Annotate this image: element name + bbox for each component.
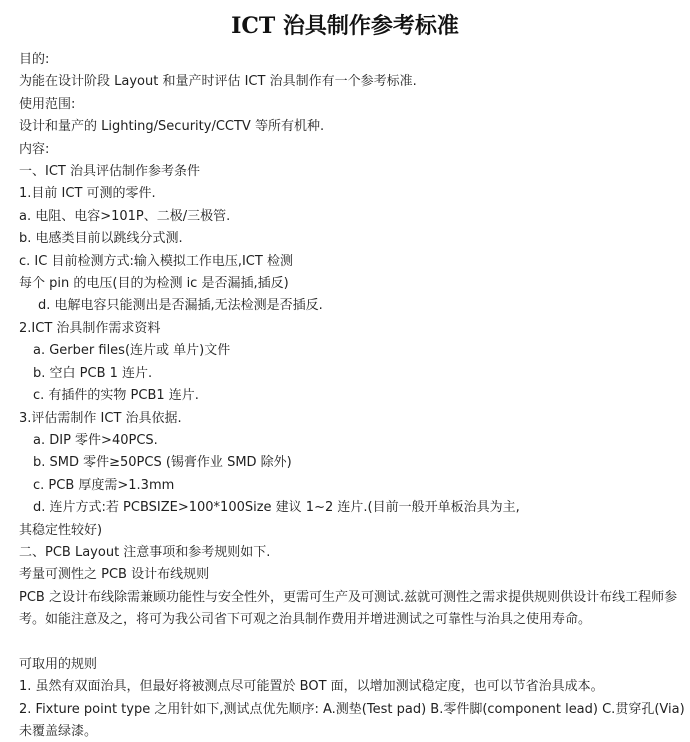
text-line: c. 有插件的实物 PCB1 连片.	[19, 385, 688, 407]
text-line: 二、PCB Layout 注意事项和参考规则如下.	[19, 542, 688, 564]
text-line: c. PCB 厚度需>1.3mm	[19, 475, 688, 497]
text-line: 可取用的规则	[19, 654, 688, 676]
text-line: 1. 虽然有双面治具，但最好将被测点尽可能置於 BOT 面，以增加测试稳定度，也…	[19, 676, 688, 698]
text-line: 3.评估需制作 ICT 治具依据.	[19, 408, 688, 430]
document-page: ICT 治具制作参考标准 目的:为能在设计阶段 Layout 和量产时评估 IC…	[0, 0, 690, 742]
text-line: 每个 pin 的电压(目的为检测 ic 是否漏插,插反)	[19, 273, 688, 295]
text-line: 内容:	[19, 139, 688, 161]
text-line: PCB 之设计布线除需兼顾功能性与安全性外，更需可生产及可测试.兹就可测性之需求…	[19, 587, 688, 609]
text-line: 目的:	[19, 49, 688, 71]
text-line: 1.目前 ICT 可测的零件.	[19, 183, 688, 205]
page-title: ICT 治具制作参考标准	[19, 12, 671, 40]
text-line: 未覆盖绿漆。	[19, 721, 688, 742]
text-line: a. Gerber files(连片或 单片)文件	[19, 340, 688, 362]
text-line	[19, 632, 688, 654]
text-line: 考。如能注意及之，将可为我公司省下可观之治具制作费用并增进测试之可靠性与治具之使…	[19, 609, 688, 631]
text-line: b. 电感类目前以跳线分式测.	[19, 228, 688, 250]
text-line: 考量可测性之 PCB 设计布线规则	[19, 564, 688, 586]
text-line: 使用范围:	[19, 94, 688, 116]
text-line: 一、ICT 治具评估制作参考条件	[19, 161, 688, 183]
text-line: 设计和量产的 Lighting/Security/CCTV 等所有机种.	[19, 116, 688, 138]
text-line: b. 空白 PCB 1 连片.	[19, 363, 688, 385]
text-line: c. IC 目前检测方式:输入模拟工作电压,ICT 检测	[19, 251, 688, 273]
text-line: 为能在设计阶段 Layout 和量产时评估 ICT 治具制作有一个参考标准.	[19, 71, 688, 93]
text-line: b. SMD 零件≥50PCS (锡膏作业 SMD 除外)	[19, 452, 688, 474]
text-line: 2. Fixture point type 之用针如下,测试点优先顺序: A.测…	[19, 699, 688, 721]
text-line: 其稳定性较好)	[19, 520, 688, 542]
document-body: 目的:为能在设计阶段 Layout 和量产时评估 ICT 治具制作有一个参考标准…	[19, 49, 688, 742]
text-line: a. 电阻、电容>101P、二极/三极管.	[19, 206, 688, 228]
text-line: d. 连片方式:若 PCBSIZE>100*100Size 建议 1~2 连片.…	[19, 497, 688, 519]
text-line: d. 电解电容只能测出是否漏插,无法检测是否插反.	[19, 295, 688, 317]
text-line: 2.ICT 治具制作需求资料	[19, 318, 688, 340]
text-line: a. DIP 零件>40PCS.	[19, 430, 688, 452]
